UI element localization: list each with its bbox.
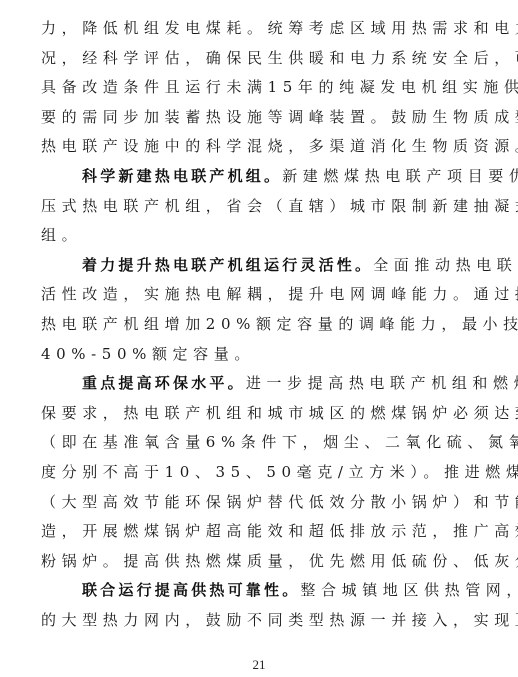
text-line: 热电联产设施中的科学混烧，多渠道消化生物质资源。 — [41, 132, 475, 162]
paragraph-flexibility: 着力提升热电联产机组运行灵活性。全面推动热电联产机组灵 活性改造，实施热电解耦，… — [41, 251, 475, 369]
paragraph-heading: 科学新建热电联产机组。 — [82, 167, 282, 185]
text-line: 着力提升热电联产机组运行灵活性。全面推动热电联产机组灵 — [41, 251, 475, 281]
paragraph-environmental: 重点提高环保水平。进一步提高热电联产机组和燃煤锅炉的环 保要求，热电联产机组和城… — [41, 369, 475, 576]
text-line: 活性改造，实施热电解耦，提升电网调峰能力。通过技术改造，使 — [41, 280, 475, 310]
text-line: 40%-50%额定容量。 — [41, 340, 475, 370]
text-line: 度分别不高于10、35、50毫克/立方米）。推进燃煤锅炉“以大代小” — [41, 458, 475, 488]
text-line: （大型高效节能环保锅炉替代低效分散小锅炉）和节能环保综合改 — [41, 488, 475, 518]
text-line: 组。 — [41, 221, 475, 251]
text-line: 压式热电联产机组，省会（直辖）城市限制新建抽凝式热电联产机 — [41, 192, 475, 222]
text-segment: 新建燃煤热电联产项目要优先考虑背 — [282, 167, 518, 185]
paragraph-heading: 重点提高环保水平。 — [82, 374, 246, 392]
text-line: 保要求，热电联产机组和城市城区的燃煤锅炉必须达到超低排放 — [41, 399, 475, 429]
text-line: 热电联产机组增加20%额定容量的调峰能力，最小技术出力达到 — [41, 310, 475, 340]
text-line: 的大型热力网内，鼓励不同类型热源一并接入，实现互联互通，提 — [41, 606, 475, 636]
page-number: 21 — [0, 657, 518, 673]
text-line: 科学新建热电联产机组。新建燃煤热电联产项目要优先考虑背 — [41, 162, 475, 192]
text-segment: 进一步提高热电联产机组和燃煤锅炉的环 — [246, 374, 518, 392]
text-line: 力，降低机组发电煤耗。统筹考虑区域用热需求和电力系统运行情 — [41, 14, 475, 44]
paragraph-heading: 联合运行提高供热可靠性。 — [82, 581, 300, 599]
document-body: 力，降低机组发电煤耗。统筹考虑区域用热需求和电力系统运行情 况，经科学评估，确保… — [41, 14, 475, 635]
text-line: 粉锅炉。提高供热燃煤质量，优先燃用低硫份、低灰分的优质煤。 — [41, 547, 475, 577]
text-line: 具备改造条件且运行未满15年的纯凝发电机组实施供热改造，必 — [41, 73, 475, 103]
paragraph-reliability: 联合运行提高供热可靠性。整合城镇地区供热管网，在已形成 的大型热力网内，鼓励不同… — [41, 576, 475, 635]
text-line: 重点提高环保水平。进一步提高热电联产机组和燃煤锅炉的环 — [41, 369, 475, 399]
text-line: （即在基准氧含量6%条件下，烟尘、二氧化硫、氮氧化物排放浓 — [41, 428, 475, 458]
text-segment: 整合城镇地区供热管网，在已形成 — [300, 581, 518, 599]
text-line: 要的需同步加装蓄热设施等调峰装置。鼓励生物质成型燃料在燃煤 — [41, 103, 475, 133]
text-line: 联合运行提高供热可靠性。整合城镇地区供热管网，在已形成 — [41, 576, 475, 606]
paragraph-new-chp-units: 科学新建热电联产机组。新建燃煤热电联产项目要优先考虑背 压式热电联产机组，省会（… — [41, 162, 475, 251]
text-line: 况，经科学评估，确保民生供暖和电力系统安全后，可对城市周边 — [41, 44, 475, 74]
text-line: 造，开展燃煤锅炉超高能效和超低排放示范，推广高效节能环保煤 — [41, 517, 475, 547]
text-segment: 全面推动热电联产机组灵 — [373, 256, 518, 274]
paragraph-heading: 着力提升热电联产机组运行灵活性。 — [82, 256, 373, 274]
paragraph-continuation: 力，降低机组发电煤耗。统筹考虑区域用热需求和电力系统运行情 况，经科学评估，确保… — [41, 14, 475, 162]
